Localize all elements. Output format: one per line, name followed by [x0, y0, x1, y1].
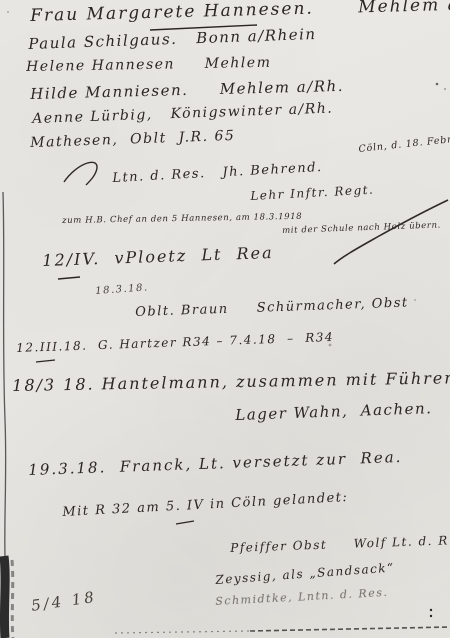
scan-edge-band-bottom-left: [4, 556, 5, 638]
handwriting-entry-oblt-schuermacher: Oblt. Braun Schürmacher, Obst: [135, 295, 409, 320]
scan-edge-line-left: [3, 192, 6, 556]
handwriting-signature-behrend-unit: Lehr Inftr. Regt.: [250, 183, 375, 203]
handwriting-date-5-4-18: 5/4 18: [30, 588, 98, 615]
handwriting-entry-r32-landing: Mit R 32 am 5. IV in Cöln gelandet:: [62, 490, 349, 520]
underline-roman-iii: [36, 360, 55, 362]
handwriting-signature-behrend: Ltn. d. Res. Jh. Behrend.: [112, 160, 323, 186]
handwriting-note-small-b: mit der Schule nach Holz übern.: [282, 220, 441, 236]
speckle-mid-right: [414, 299, 416, 301]
handwriting-entry-mathesen: Mathesen, Oblt J.R. 65: [30, 128, 236, 151]
handwriting-date-18-3-18: 18.3.18.: [95, 282, 149, 297]
handwriting-entry-vploetz: 12/IV. vPloetz Lt Rea: [42, 243, 274, 270]
handwriting-date-coeln-febr: Cöln, d. 18. Febr: [358, 134, 450, 155]
handwriting-entry-helene-hannesen: Helene Hannesen Mehlem: [26, 55, 272, 75]
pen-flourish-signature: [64, 162, 97, 185]
handwriting-signature-zeyssig: Zeyssig, als „Sandsack“: [215, 560, 395, 586]
handwriting-note-small-a: zum H.B. Chef an den 5 Hannesen, am 18.3…: [62, 212, 302, 226]
handwriting-signature-pfeiffer-wolf: Pfeiffer Obst Wolf Lt. d. R.: [230, 533, 450, 555]
handwriting-entry-hilde-manniesen: Hilde Manniesen. Mehlem a/Rh.: [30, 77, 344, 103]
handwriting-entry-hantelmann: 18/3 18. Hantelmann, zusammen mit Führer: [12, 368, 450, 395]
handwriting-entry-paula-schilgaus: Paula Schilgaus. Bonn a/Rhein: [28, 25, 317, 53]
handwriting-entry-franck: 19.3.18. Franck, Lt. versetzt zur Rea.: [28, 448, 403, 479]
ink-dot-colon-top: [430, 609, 432, 611]
handwriting-entry-lager-wahn: Lager Wahn, Aachen.: [235, 399, 433, 424]
speckle-top-right: [436, 83, 439, 86]
handwriting-entry-hartzer-r34: 12.III.18. G. Hartzer R34 – 7.4.18 – R34: [16, 330, 334, 355]
speckle-top-right-2: [444, 88, 446, 90]
handwriting-signature-scrawl: Schmidtke, Lntn. d. Res.: [215, 586, 389, 608]
scan-bottom-speckle-line: [115, 631, 250, 633]
underline-roman-iv: [58, 277, 80, 279]
scanned-document-page: Frau Margarete Hannesen. Mehlem a/R Paul…: [0, 0, 450, 638]
scan-bottom-edge-line: [250, 627, 450, 631]
underline-roman-iv-coeln: [176, 521, 194, 524]
scan-edge-ragged-left: [12, 560, 13, 638]
speckle-top-left: [7, 11, 9, 13]
handwriting-entry-margarete-hannesen: Frau Margarete Hannesen. Mehlem a/R: [30, 0, 450, 26]
handwriting-entry-aenne-luerbig: Aenne Lürbig, Königswinter a/Rh.: [32, 100, 334, 126]
ink-dot-colon-bottom: [430, 615, 432, 617]
